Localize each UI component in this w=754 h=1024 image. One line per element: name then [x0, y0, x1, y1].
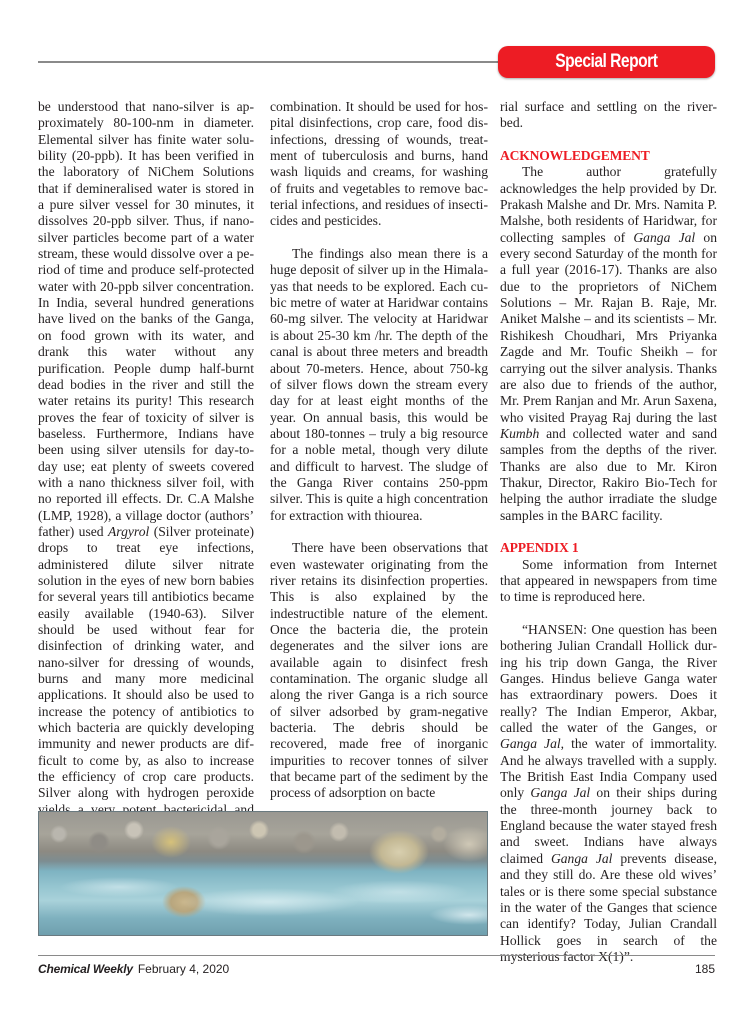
publication-name: Chemical Weekly	[38, 962, 133, 976]
river-photo	[38, 811, 488, 936]
paragraph: There have been observations that even w…	[270, 540, 488, 802]
water-rapids	[39, 867, 487, 935]
paragraph: rial surface and settling on the river-b…	[500, 99, 717, 132]
page-number: 185	[695, 962, 715, 976]
paragraph: be understood that nano-silver is ap­pro…	[38, 99, 254, 834]
appendix-heading: APPENDIX 1	[500, 540, 717, 556]
article-column-1: be understood that nano-silver is ap­pro…	[38, 99, 254, 834]
header-rule	[38, 61, 500, 63]
section-badge: Special Report	[498, 46, 715, 78]
appendix-intro: Some information from Internet that appe…	[500, 557, 717, 606]
acknowledgement-heading: ACKNOWLEDGEMENT	[500, 148, 717, 164]
italic-term: Argyrol	[108, 524, 149, 539]
article-column-2: combination. It should be used for hos­p…	[270, 99, 488, 802]
paragraph: The findings also mean there is a huge d…	[270, 246, 488, 524]
footer-publication: Chemical WeeklyFebruary 4, 2020	[38, 962, 229, 976]
acknowledgement-paragraph: The author gratefully acknowledges the h…	[500, 164, 717, 524]
section-badge-label: Special Report	[555, 51, 657, 73]
appendix-quote: “HANSEN: One question has been bothering…	[500, 622, 717, 965]
article-column-3: rial surface and settling on the river-b…	[500, 99, 717, 965]
rocky-bank	[39, 812, 487, 864]
issue-date: February 4, 2020	[138, 962, 229, 976]
footer-rule	[38, 955, 715, 956]
paragraph: combination. It should be used for hos­p…	[270, 99, 488, 230]
